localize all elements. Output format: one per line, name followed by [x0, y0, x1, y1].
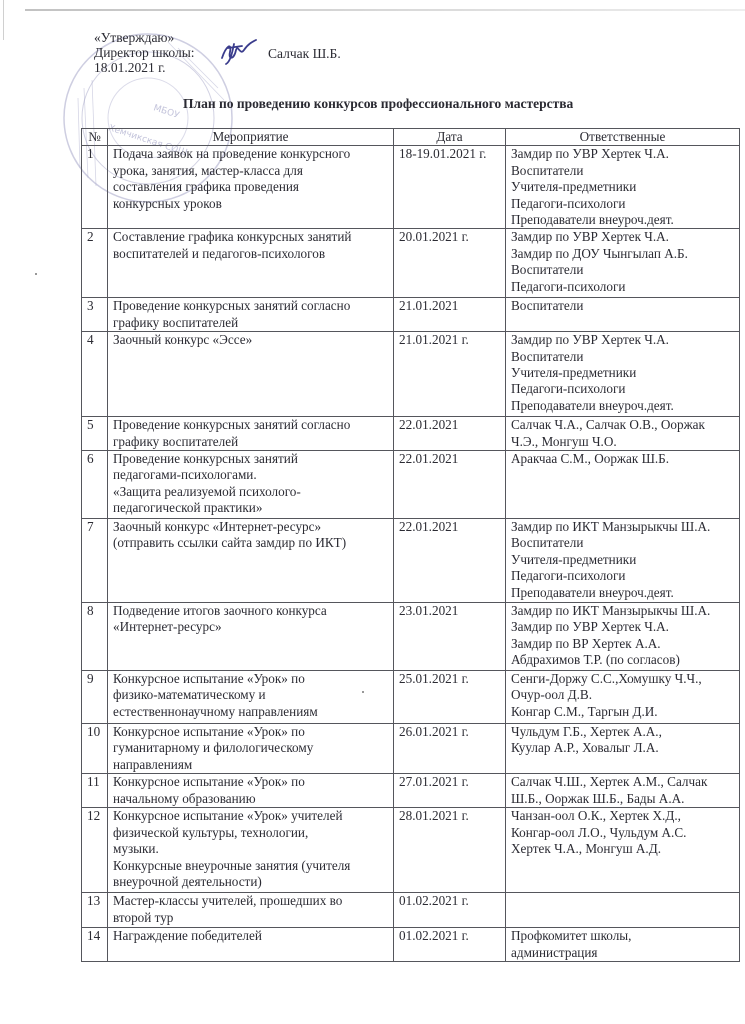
- row-number: 13: [82, 893, 108, 928]
- date-cell: 27.01.2021 г.: [394, 774, 506, 808]
- event-cell: Заочный конкурс «Интернет-ресурс»(отправ…: [108, 519, 394, 603]
- responsible-line: Педагоги-психологи: [511, 568, 739, 584]
- row-number: 6: [82, 451, 108, 519]
- svg-text:МБОУ: МБОУ: [152, 103, 181, 121]
- document-title: План по проведению конкурсов профессиона…: [183, 96, 573, 112]
- responsible-line: Замдир по ДОУ Чынгылап А.Б.: [511, 246, 739, 262]
- header-event: Мероприятие: [108, 129, 394, 146]
- scan-artifact-line: [25, 9, 745, 11]
- responsible-cell: Салчак Ч.А., Салчак О.В., ОоржакЧ.Э., Мо…: [506, 417, 740, 451]
- responsible-line: Чанзан-оол О.К., Хертек Х.Д.,: [511, 808, 739, 824]
- responsible-cell: Сенги-Доржу С.С.,Хомушку Ч.Ч.,Очур-оол Д…: [506, 671, 740, 724]
- responsible-line: Замдир по УВР Хертек Ч.А.: [511, 332, 739, 348]
- scan-artifact-edge: [3, 0, 4, 40]
- responsible-line: Ш.Б., Ооржак Ш.Б., Бады А.А.: [511, 791, 739, 807]
- event-line: музыки.: [113, 841, 393, 857]
- header-number: №: [82, 129, 108, 146]
- event-cell: Конкурсное испытание «Урок» пофизико-мат…: [108, 671, 394, 724]
- table-row: 1Подача заявок на проведение конкурсного…: [82, 146, 740, 229]
- event-cell: Подача заявок на проведение конкурсногоу…: [108, 146, 394, 229]
- responsible-cell: Замдир по УВР Хертек Ч.А.ВоспитателиУчит…: [506, 332, 740, 417]
- event-line: Конкурсные внеурочные занятия (учителя: [113, 858, 393, 874]
- event-line: Конкурсное испытание «Урок» по: [113, 724, 393, 740]
- event-line: направлениям: [113, 757, 393, 773]
- responsible-line: Педагоги-психологи: [511, 381, 739, 397]
- row-number: 2: [82, 229, 108, 298]
- date-cell: 18-19.01.2021 г.: [394, 146, 506, 229]
- responsible-line: Педагоги-психологи: [511, 196, 739, 212]
- date-cell: 20.01.2021 г.: [394, 229, 506, 298]
- event-cell: Проведение конкурсных занятийпедагогами-…: [108, 451, 394, 519]
- event-cell: Награждение победителей: [108, 928, 394, 962]
- event-line: Подача заявок на проведение конкурсного: [113, 146, 393, 162]
- responsible-cell: Замдир по УВР Хертек Ч.А.Замдир по ДОУ Ч…: [506, 229, 740, 298]
- event-line: педагогической практики»: [113, 500, 393, 516]
- event-line: второй тур: [113, 910, 393, 926]
- responsible-line: администрация: [511, 945, 739, 961]
- row-number: 7: [82, 519, 108, 603]
- row-number: 11: [82, 774, 108, 808]
- table-row: 12Конкурсное испытание «Урок» учителейфи…: [82, 808, 740, 893]
- responsible-cell: Чульдум Г.Б., Хертек А.А.,Куулар А.Р., Х…: [506, 724, 740, 774]
- event-line: Составление графика конкурсных занятий: [113, 229, 393, 245]
- date-cell: 22.01.2021: [394, 519, 506, 603]
- responsible-line: Воспитатели: [511, 349, 739, 365]
- event-cell: Составление графика конкурсных занятийво…: [108, 229, 394, 298]
- date-cell: 21.01.2021 г.: [394, 332, 506, 417]
- event-cell: Подведение итогов заочного конкурса«Инте…: [108, 603, 394, 671]
- date-cell: 28.01.2021 г.: [394, 808, 506, 893]
- event-line: Конкурсное испытание «Урок» по: [113, 774, 393, 790]
- event-line: «Защита реализуемой психолого-: [113, 484, 393, 500]
- table-row: 11Конкурсное испытание «Урок» поначально…: [82, 774, 740, 808]
- responsible-line: Воспитатели: [511, 298, 739, 314]
- event-cell: Конкурсное испытание «Урок» погуманитарн…: [108, 724, 394, 774]
- event-line: Заочный конкурс «Эссе»: [113, 332, 393, 348]
- table-header-row: № Мероприятие Дата Ответственные: [82, 129, 740, 146]
- table-row: 2Составление графика конкурсных занятийв…: [82, 229, 740, 298]
- event-cell: Мастер-классы учителей, прошедших вовтор…: [108, 893, 394, 928]
- responsible-line: Аракчаа С.М., Ооржак Ш.Б.: [511, 451, 739, 467]
- event-line: внеурочной деятельности): [113, 874, 393, 890]
- event-cell: Конкурсное испытание «Урок» учителейфизи…: [108, 808, 394, 893]
- event-cell: Заочный конкурс «Эссе»: [108, 332, 394, 417]
- table-row: 8Подведение итогов заочного конкурса«Инт…: [82, 603, 740, 671]
- row-number: 3: [82, 298, 108, 332]
- table-row: 6Проведение конкурсных занятийпедагогами…: [82, 451, 740, 519]
- scan-speck: [35, 273, 37, 275]
- responsible-line: Замдир по ИКТ Манзырыкчы Ш.А.: [511, 603, 739, 619]
- header-date: Дата: [394, 129, 506, 146]
- event-cell: Конкурсное испытание «Урок» поначальному…: [108, 774, 394, 808]
- event-line: физической культуры, технологии,: [113, 825, 393, 841]
- table-row: 13Мастер-классы учителей, прошедших вовт…: [82, 893, 740, 928]
- responsible-line: Очур-оол Д.В.: [511, 687, 739, 703]
- responsible-cell: Воспитатели: [506, 298, 740, 332]
- responsible-line: Замдир по УВР Хертек Ч.А.: [511, 619, 739, 635]
- event-line: педагогами-психологами.: [113, 467, 393, 483]
- date-cell: 01.02.2021 г.: [394, 893, 506, 928]
- event-line: Награждение победителей: [113, 928, 393, 944]
- date-cell: 22.01.2021: [394, 451, 506, 519]
- responsible-line: Конгар-оол Л.О., Чульдум А.С.: [511, 825, 739, 841]
- table-row: 7Заочный конкурс «Интернет-ресурс»(отпра…: [82, 519, 740, 603]
- table-row: 10Конкурсное испытание «Урок» погуманита…: [82, 724, 740, 774]
- event-line: Подведение итогов заочного конкурса: [113, 603, 393, 619]
- event-line: Проведение конкурсных занятий: [113, 451, 393, 467]
- row-number: 4: [82, 332, 108, 417]
- event-line: Конкурсное испытание «Урок» по: [113, 671, 393, 687]
- table-row: 9Конкурсное испытание «Урок» пофизико-ма…: [82, 671, 740, 724]
- event-line: конкурсных уроков: [113, 196, 393, 212]
- table-row: 14Награждение победителей01.02.2021 г.Пр…: [82, 928, 740, 962]
- responsible-line: Преподаватели внеуроч.деят.: [511, 398, 739, 414]
- responsible-line: Профкомитет школы,: [511, 928, 739, 944]
- event-line: Мастер-классы учителей, прошедших во: [113, 893, 393, 909]
- date-cell: 23.01.2021: [394, 603, 506, 671]
- table-row: 4Заочный конкурс «Эссе»21.01.2021 г.Замд…: [82, 332, 740, 417]
- responsible-line: Воспитатели: [511, 163, 739, 179]
- event-line: Заочный конкурс «Интернет-ресурс»: [113, 519, 393, 535]
- responsible-line: Педагоги-психологи: [511, 279, 739, 295]
- plan-table: № Мероприятие Дата Ответственные 1Подача…: [81, 128, 740, 962]
- table-row: 3Проведение конкурсных занятий согласног…: [82, 298, 740, 332]
- date-cell: 26.01.2021 г.: [394, 724, 506, 774]
- responsible-line: Учителя-предметники: [511, 365, 739, 381]
- approve-label: «Утверждаю»: [94, 30, 195, 45]
- event-line: урока, занятия, мастер-класса для: [113, 163, 393, 179]
- row-number: 1: [82, 146, 108, 229]
- responsible-cell: [506, 893, 740, 928]
- responsible-line: Салчак Ч.Ш., Хертек А.М., Салчак: [511, 774, 739, 790]
- responsible-line: Конгар С.М., Таргын Д.И.: [511, 704, 739, 720]
- date-cell: 01.02.2021 г.: [394, 928, 506, 962]
- row-number: 12: [82, 808, 108, 893]
- responsible-line: Воспитатели: [511, 535, 739, 551]
- responsible-line: Замдир по ИКТ Манзырыкчы Ш.А.: [511, 519, 739, 535]
- responsible-cell: Замдир по ИКТ Манзырыкчы Ш.А.Воспитатели…: [506, 519, 740, 603]
- row-number: 14: [82, 928, 108, 962]
- position-label: Директор школы:: [94, 45, 195, 60]
- responsible-cell: Замдир по УВР Хертек Ч.А.ВоспитателиУчит…: [506, 146, 740, 229]
- header-responsible: Ответственные: [506, 129, 740, 146]
- scan-speck: [362, 691, 364, 693]
- responsible-cell: Замдир по ИКТ Манзырыкчы Ш.А.Замдир по У…: [506, 603, 740, 671]
- event-line: графику воспитателей: [113, 315, 393, 331]
- signatory-name: Салчак Ш.Б.: [268, 46, 341, 62]
- responsible-line: Хертек Ч.А., Монгуш А.Д.: [511, 841, 739, 857]
- event-line: начальному образованию: [113, 791, 393, 807]
- event-cell: Проведение конкурсных занятий согласногр…: [108, 298, 394, 332]
- event-line: гуманитарному и филологическому: [113, 740, 393, 756]
- responsible-line: Замдир по УВР Хертек Ч.А.: [511, 146, 739, 162]
- approval-date: 18.01.2021 г.: [94, 60, 195, 75]
- responsible-line: Абдрахимов Т.Р. (по согласов): [511, 652, 739, 668]
- responsible-line: Учителя-предметники: [511, 552, 739, 568]
- row-number: 10: [82, 724, 108, 774]
- responsible-cell: Чанзан-оол О.К., Хертек Х.Д.,Конгар-оол …: [506, 808, 740, 893]
- responsible-line: Куулар А.Р., Ховалыг Л.А.: [511, 740, 739, 756]
- row-number: 9: [82, 671, 108, 724]
- responsible-line: Замдир по ВР Хертек А.А.: [511, 636, 739, 652]
- responsible-line: Учителя-предметники: [511, 179, 739, 195]
- responsible-cell: Аракчаа С.М., Ооржак Ш.Б.: [506, 451, 740, 519]
- date-cell: 22.01.2021: [394, 417, 506, 451]
- responsible-line: Преподаватели внеуроч.деят.: [511, 585, 739, 601]
- date-cell: 25.01.2021 г.: [394, 671, 506, 724]
- responsible-line: Чульдум Г.Б., Хертек А.А.,: [511, 724, 739, 740]
- event-line: физико-математическому и: [113, 687, 393, 703]
- responsible-cell: Салчак Ч.Ш., Хертек А.М., СалчакШ.Б., Оо…: [506, 774, 740, 808]
- responsible-line: Воспитатели: [511, 262, 739, 278]
- row-number: 8: [82, 603, 108, 671]
- signature-icon: [218, 38, 258, 66]
- responsible-line: Замдир по УВР Хертек Ч.А.: [511, 229, 739, 245]
- event-line: Проведение конкурсных занятий согласно: [113, 298, 393, 314]
- event-line: «Интернет-ресурс»: [113, 619, 393, 635]
- event-line: Конкурсное испытание «Урок» учителей: [113, 808, 393, 824]
- event-line: (отправить ссылки сайта замдир по ИКТ): [113, 535, 393, 551]
- row-number: 5: [82, 417, 108, 451]
- responsible-line: Салчак Ч.А., Салчак О.В., Ооржак: [511, 417, 739, 433]
- responsible-line: Сенги-Доржу С.С.,Хомушку Ч.Ч.,: [511, 671, 739, 687]
- approval-block: «Утверждаю» Директор школы: 18.01.2021 г…: [94, 30, 195, 75]
- event-line: графику воспитателей: [113, 434, 393, 450]
- event-cell: Проведение конкурсных занятий согласногр…: [108, 417, 394, 451]
- event-line: воспитателей и педагогов-психологов: [113, 246, 393, 262]
- responsible-line: Ч.Э., Монгуш Ч.О.: [511, 434, 739, 450]
- table-row: 5Проведение конкурсных занятий согласног…: [82, 417, 740, 451]
- event-line: составления графика проведения: [113, 179, 393, 195]
- event-line: естественнонаучному направлениям: [113, 704, 393, 720]
- event-line: Проведение конкурсных занятий согласно: [113, 417, 393, 433]
- responsible-line: Преподаватели внеуроч.деят.: [511, 212, 739, 228]
- date-cell: 21.01.2021: [394, 298, 506, 332]
- responsible-cell: Профкомитет школы,администрация: [506, 928, 740, 962]
